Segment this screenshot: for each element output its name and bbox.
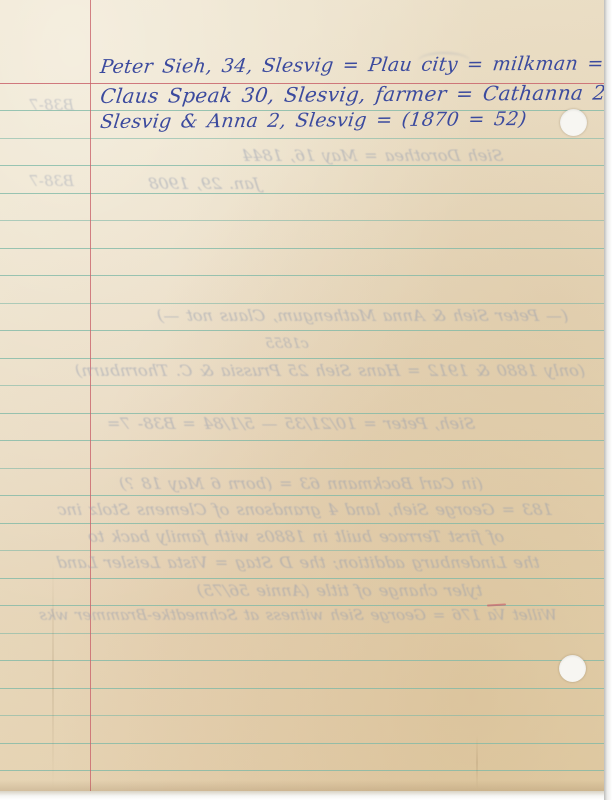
bleed-through-line: 183 = George Sieh, land 4 grandsons of C… xyxy=(34,500,576,519)
bleed-through-line: (— Peter Sieh & Anna Mathengum, Claus no… xyxy=(124,306,601,325)
bleed-through-line: Willet Va 176 = George Sieh witness at S… xyxy=(3,606,593,624)
scanned-page: Peter Sieh, 34, Slesvig = Plau city = mi… xyxy=(0,0,612,800)
bleed-through-margin-mark: B38-7 xyxy=(12,96,74,114)
punch-hole xyxy=(560,109,587,136)
bleed-through-line: Jan. 29, 1908 xyxy=(159,174,261,193)
bleed-through-line: of first Terrace built in 1880s with fam… xyxy=(59,527,533,546)
bleed-through-line: c1855 xyxy=(255,336,319,352)
scan-right-edge xyxy=(604,0,612,800)
scan-bottom-edge xyxy=(0,791,604,800)
handwritten-line: Slesvig & Anna 2, Slesvig = (1870 = 52) xyxy=(99,108,528,133)
red-left-margin-line xyxy=(90,0,91,791)
bleed-through-line: Sieh Dorothea = May 16, 1844 xyxy=(239,146,506,165)
bleed-through-line: Sieh, Peter = 10/21/35 — 5/1/84 = B38- 7… xyxy=(94,414,488,433)
paper-bottom-wrinkle xyxy=(0,780,604,791)
handwritten-line: Claus Speak 30, Slesvig, farmer = Cathan… xyxy=(99,80,612,108)
bleed-through-margin-mark: B38-7 xyxy=(12,172,74,190)
punch-hole xyxy=(559,655,586,682)
paper-crease xyxy=(52,560,54,790)
handwritten-line: Peter Sieh, 34, Slesvig = Plau city = mi… xyxy=(99,52,612,78)
bleed-through-line: (only 1880 & 1912 = Hans Sieh 25 Prussia… xyxy=(59,361,601,380)
bleed-through-line: the Lindenburg addition; the D Stag = Vi… xyxy=(41,553,555,572)
bleed-through-line: (in Carl Bockmann 63 = (born 6 May 18 ?) xyxy=(114,474,488,493)
bleed-through-line: tyler change of title (Annie 56/75) xyxy=(171,581,508,600)
bleed-smudge xyxy=(418,52,470,70)
